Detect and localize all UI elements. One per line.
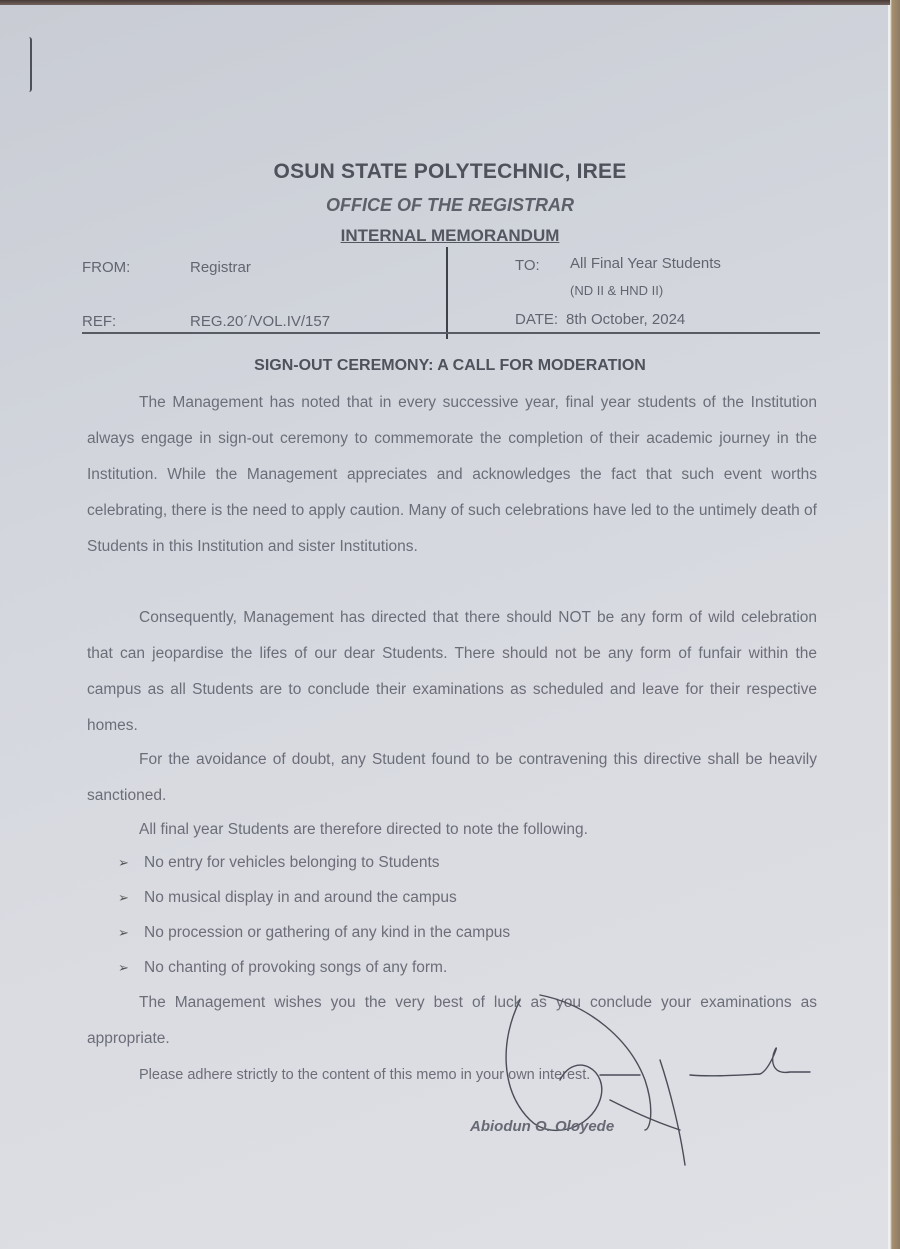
directive-text: No procession or gathering of any kind i…: [144, 918, 510, 953]
from-label: FROM:: [82, 259, 130, 276]
signature-icon: [480, 980, 840, 1170]
header-horizontal-divider: [82, 332, 820, 334]
to-value-levels: (ND II & HND II): [570, 283, 663, 298]
memo-subject: SIGN-OUT CEREMONY: A CALL FOR MODERATION: [0, 357, 900, 375]
paragraph-3-text: For the avoidance of doubt, any Student …: [87, 751, 817, 804]
photo-right-edge: [890, 0, 900, 1249]
pen-mark-icon: [24, 37, 32, 92]
paragraph-2: Consequently, Management has directed th…: [87, 600, 817, 744]
paragraph-3: For the avoidance of doubt, any Student …: [87, 742, 817, 814]
document-type: INTERNAL MEMORANDUM: [0, 226, 900, 246]
directives-list: ➢No entry for vehicles belonging to Stud…: [118, 848, 718, 988]
paragraph-1-text: The Management has noted that in every s…: [87, 394, 817, 555]
paragraph-4: All final year Students are therefore di…: [87, 812, 817, 848]
arrow-bullet-icon: ➢: [118, 953, 144, 988]
directive-text: No musical display in and around the cam…: [144, 883, 457, 918]
header-vertical-divider: [446, 247, 448, 339]
from-value: Registrar: [190, 259, 251, 276]
list-item: ➢No musical display in and around the ca…: [118, 883, 718, 918]
directive-text: No entry for vehicles belonging to Stude…: [144, 848, 440, 883]
arrow-bullet-icon: ➢: [118, 883, 144, 918]
date-label: DATE:: [515, 311, 558, 328]
ref-label: REF:: [82, 313, 116, 330]
list-item: ➢No procession or gathering of any kind …: [118, 918, 718, 953]
list-item: ➢No entry for vehicles belonging to Stud…: [118, 848, 718, 883]
paragraph-1: The Management has noted that in every s…: [87, 385, 817, 565]
signatory-name: Abiodun O. Oloyede: [470, 1118, 614, 1135]
institution-name: OSUN STATE POLYTECHNIC, IREE: [0, 160, 900, 184]
arrow-bullet-icon: ➢: [118, 918, 144, 953]
to-label: TO:: [515, 257, 540, 274]
paragraph-4-text: All final year Students are therefore di…: [139, 821, 588, 838]
office-name: OFFICE OF THE REGISTRAR: [0, 195, 900, 216]
arrow-bullet-icon: ➢: [118, 848, 144, 883]
directive-text: No chanting of provoking songs of any fo…: [144, 953, 447, 988]
to-value: All Final Year Students: [570, 255, 721, 272]
date-value: 8th October, 2024: [566, 311, 685, 328]
paragraph-2-text: Consequently, Management has directed th…: [87, 609, 817, 734]
ref-value: REG.20´/VOL.IV/157: [190, 313, 330, 330]
